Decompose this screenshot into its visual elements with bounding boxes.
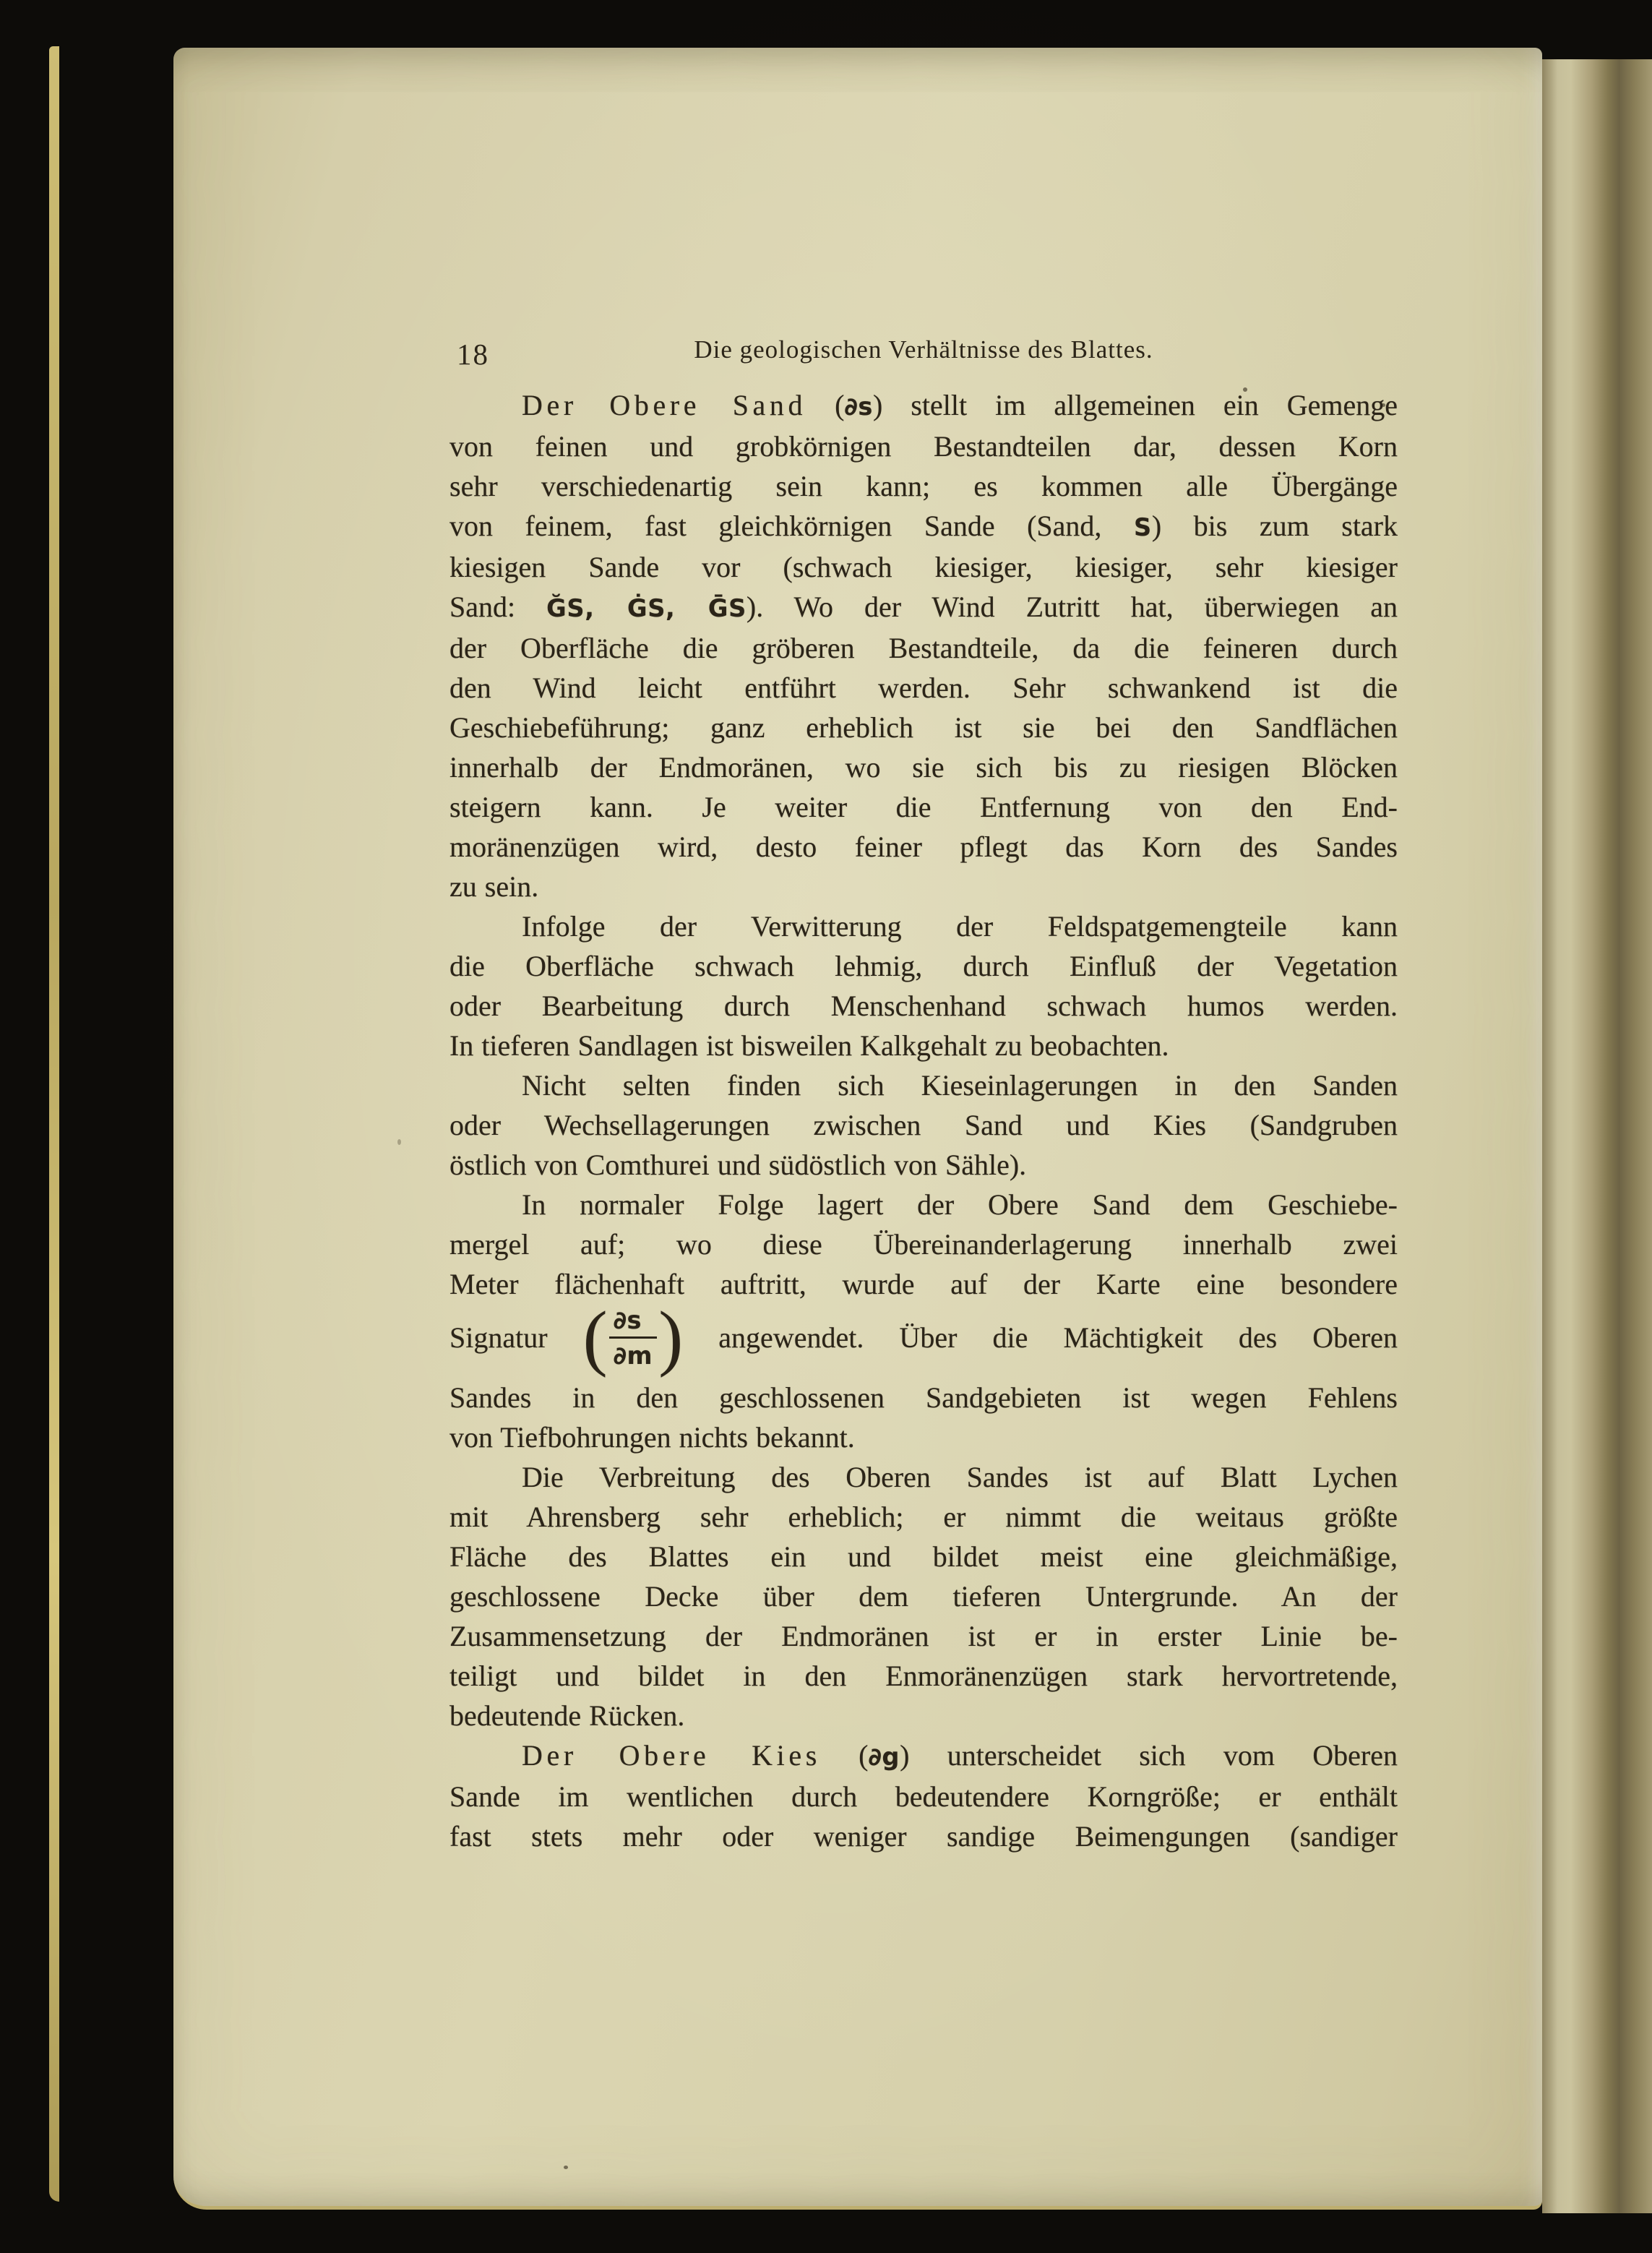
text-block: Der Obere Sand (∂s) stellt im allgemeine… xyxy=(449,385,1398,1856)
text-segment: steigern kann. Je weiter die Entfernung … xyxy=(449,791,1398,823)
text-line: teiligt und bildet in den Enmoränenzügen… xyxy=(449,1656,1398,1696)
text-segment: bedeutende Rücken. xyxy=(449,1699,684,1732)
text-line: die Oberfläche schwach lehmig, durch Ein… xyxy=(449,946,1398,986)
text-segment: Die Verbreitung des Oberen Sandes ist au… xyxy=(522,1461,1398,1493)
text-segment: den Wind leicht entführt werden. Sehr sc… xyxy=(449,671,1398,704)
text-segment: von feinen und grobkörnigen Bestandteile… xyxy=(449,430,1398,463)
text-line: Sand: ĞS, ĠS, ḠS). Wo der Wind Zutritt h… xyxy=(449,587,1398,628)
text-segment: Meter flächenhaft auftritt, wurde auf de… xyxy=(449,1268,1398,1300)
geologic-symbol: S xyxy=(1134,513,1152,541)
geologic-symbol: ∂g xyxy=(868,1743,900,1771)
text-segment: Fläche des Blattes ein und bildet meist … xyxy=(449,1540,1398,1573)
text-segment: ( xyxy=(806,389,844,421)
text-line: Die Verbreitung des Oberen Sandes ist au… xyxy=(449,1457,1398,1497)
gutter-and-facing-page xyxy=(1542,59,1652,2213)
text-segment: angewendet. Über die Mächtigkeit des Obe… xyxy=(683,1321,1398,1354)
running-head: 18 Die geologischen Verhältnisse des Bla… xyxy=(449,335,1398,379)
map-signature-fraction: (∂s∂m) xyxy=(583,1321,684,1354)
text-segment: mit Ahrensberg sehr erheblich; er nimmt … xyxy=(449,1501,1398,1533)
text-line: sehr verschiedenartig sein kann; es komm… xyxy=(449,466,1398,506)
text-segment: von feinem, fast gleichkörnigen Sande (S… xyxy=(449,510,1134,542)
text-segment: Sandes in den geschlossenen Sandgebieten… xyxy=(449,1381,1398,1414)
book-photo: 18 Die geologischen Verhältnisse des Bla… xyxy=(0,0,1652,2253)
text-segment: zu sein. xyxy=(449,870,538,903)
text-line: Infolge der Verwitterung der Feldspatgem… xyxy=(449,906,1398,946)
text-line: zu sein. xyxy=(449,867,1398,906)
text-line: mergel auf; wo diese Übereinanderlagerun… xyxy=(449,1224,1398,1264)
text-segment: von Tiefbohrungen nichts bekannt. xyxy=(449,1421,855,1454)
text-segment: innerhalb der Endmoränen, wo sie sich bi… xyxy=(449,751,1398,784)
text-line: von feinen und grobkörnigen Bestandteile… xyxy=(449,426,1398,466)
paper-speck xyxy=(564,2166,568,2169)
text-line: geschlossene Decke über dem tieferen Unt… xyxy=(449,1576,1398,1616)
text-line: Geschiebeführung; ganz erheblich ist sie… xyxy=(449,708,1398,747)
text-line: mit Ahrensberg sehr erheblich; er nimmt … xyxy=(449,1497,1398,1537)
text-line: kiesigen Sande vor (schwach kiesiger, ki… xyxy=(449,547,1398,587)
text-line: In tieferen Sandlagen ist bisweilen Kalk… xyxy=(449,1026,1398,1065)
text-line: Zusammensetzung der Endmoränen ist er in… xyxy=(449,1616,1398,1656)
text-line: der Oberfläche die gröberen Bestandteile… xyxy=(449,628,1398,668)
text-line: von Tiefbohrungen nichts bekannt. xyxy=(449,1417,1398,1457)
running-title: Die geologischen Verhältnisse des Blatte… xyxy=(449,335,1398,364)
text-segment: oder Wechsellagerungen zwischen Sand und… xyxy=(449,1109,1398,1141)
text-line: innerhalb der Endmoränen, wo sie sich bi… xyxy=(449,747,1398,787)
text-line: Sandes in den geschlossenen Sandgebieten… xyxy=(449,1378,1398,1417)
text-segment: Nicht selten finden sich Kieseinlagerung… xyxy=(522,1069,1398,1102)
text-segment: die Oberfläche schwach lehmig, durch Ein… xyxy=(449,950,1398,982)
text-line: moränenzügen wird, desto feiner pflegt d… xyxy=(449,827,1398,867)
text-segment: oder Bearbeitung durch Menschenhand schw… xyxy=(449,990,1398,1022)
text-line: Sande im wentlichen durch bedeutendere K… xyxy=(449,1777,1398,1816)
geologic-symbol: ∂s xyxy=(844,392,873,421)
text-segment: fast stets mehr oder weniger sandige Bei… xyxy=(449,1820,1398,1853)
text-segment: Zusammensetzung der Endmoränen ist er in… xyxy=(449,1620,1398,1652)
page-edge-stack xyxy=(55,42,175,2205)
text-segment: Der Obere Kies xyxy=(522,1739,821,1772)
text-line: östlich von Comthurei und südöstlich von… xyxy=(449,1145,1398,1185)
text-segment: teiligt und bildet in den Enmoränenzügen… xyxy=(449,1660,1398,1692)
text-segment: Der Obere Sand xyxy=(522,389,806,421)
text-segment: der Oberfläche die gröberen Bestandteile… xyxy=(449,632,1398,664)
text-segment: ) unterscheidet sich vom Oberen xyxy=(900,1739,1398,1772)
text-segment: mergel auf; wo diese Übereinanderlagerun… xyxy=(449,1228,1398,1261)
text-line: fast stets mehr oder weniger sandige Bei… xyxy=(449,1816,1398,1856)
text-segment: ) stellt im allgemeinen ein Gemenge xyxy=(873,389,1398,421)
text-segment: In tieferen Sandlagen ist bisweilen Kalk… xyxy=(449,1029,1169,1062)
text-line: bedeutende Rücken. xyxy=(449,1696,1398,1735)
text-line: Fläche des Blattes ein und bildet meist … xyxy=(449,1537,1398,1576)
text-segment: ( xyxy=(821,1739,869,1772)
paper-speck xyxy=(397,1139,401,1145)
text-line: oder Wechsellagerungen zwischen Sand und… xyxy=(449,1105,1398,1145)
text-line: Der Obere Kies (∂g) unterscheidet sich v… xyxy=(449,1735,1398,1777)
text-segment: kiesigen Sande vor (schwach kiesiger, ki… xyxy=(449,551,1398,583)
page-number: 18 xyxy=(457,337,489,372)
text-segment: In normaler Folge lagert der Obere Sand … xyxy=(522,1188,1398,1221)
text-segment: sehr verschiedenartig sein kann; es komm… xyxy=(449,470,1398,502)
text-line: Signatur (∂s∂m) angewendet. Über die Mäc… xyxy=(449,1304,1398,1378)
text-segment: Signatur xyxy=(449,1321,583,1354)
text-segment: Sande im wentlichen durch bedeutendere K… xyxy=(449,1780,1398,1813)
text-segment: Sand: xyxy=(449,591,546,623)
text-line: steigern kann. Je weiter die Entfernung … xyxy=(449,787,1398,827)
geologic-symbol: ĞS, ĠS, ḠS xyxy=(546,594,747,622)
text-segment: geschlossene Decke über dem tieferen Unt… xyxy=(449,1580,1398,1613)
text-line: In normaler Folge lagert der Obere Sand … xyxy=(449,1185,1398,1224)
text-segment: ) bis zum stark xyxy=(1152,510,1398,542)
text-segment: Infolge der Verwitterung der Feldspatgem… xyxy=(522,910,1398,943)
book-page: 18 Die geologischen Verhältnisse des Bla… xyxy=(173,48,1542,2210)
text-segment: östlich von Comthurei und südöstlich von… xyxy=(449,1149,1026,1181)
text-line: Nicht selten finden sich Kieseinlagerung… xyxy=(449,1065,1398,1105)
text-line: Der Obere Sand (∂s) stellt im allgemeine… xyxy=(449,385,1398,426)
text-line: den Wind leicht entführt werden. Sehr sc… xyxy=(449,668,1398,708)
text-segment: ). Wo der Wind Zutritt hat, überwiegen a… xyxy=(747,591,1398,623)
text-line: oder Bearbeitung durch Menschenhand schw… xyxy=(449,986,1398,1026)
text-segment: moränenzügen wird, desto feiner pflegt d… xyxy=(449,831,1398,863)
text-line: von feinem, fast gleichkörnigen Sande (S… xyxy=(449,506,1398,547)
text-segment: Geschiebeführung; ganz erheblich ist sie… xyxy=(449,711,1398,744)
